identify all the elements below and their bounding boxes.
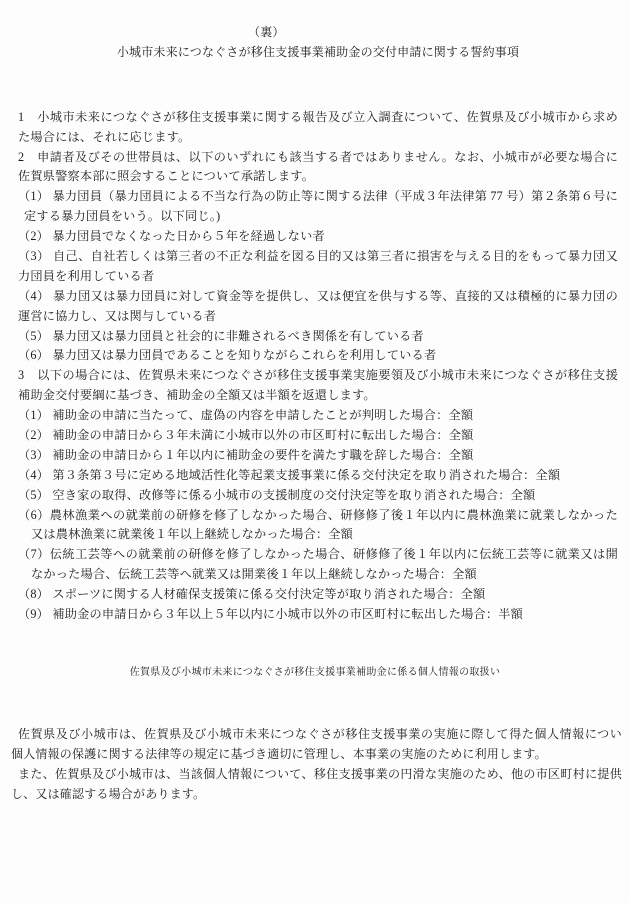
pledge-line: （2） 補助金の申請日から３年未満に小城市以外の市区町村に転出した場合：全額: [18, 426, 618, 446]
pledge-line: 3 以下の場合には、佐賀県未来につなぐさが移住支援事業実施要領及び小城市未来につ…: [18, 366, 618, 386]
pledge-section: 1 小城市未来につなぐさが移住支援事業に関する報告及び立入調査について、佐賀県及…: [0, 108, 630, 625]
pledge-line: （9） 補助金の申請日から３年以上５年以内に小城市以外の市区町村に転出した場合：…: [18, 605, 618, 625]
pledge-line: 運営に協力し、又は関与している者: [18, 307, 618, 327]
pledge-line: （3） 補助金の申請日から１年以内に補助金の要件を満たす職を辞した場合：全額: [18, 446, 618, 466]
privacy-line: 個人情報の保護に関する法律等の規定に基づき適切に管理し、本事業の実施のために利用…: [11, 745, 622, 765]
pledge-line: 補助金交付要綱に基づき、補助金の全額又は半額を返還します。: [18, 386, 618, 406]
document-page: （裏） 小城市未来につなぐさが移住支援事業補助金の交付申請に関する誓約事項 1 …: [0, 0, 630, 903]
pledge-line: （6） 暴力団又は暴力団員であることを知りながらこれらを利用している者: [18, 346, 618, 366]
pledge-line: 力団員を利用している者: [18, 267, 618, 287]
document-title: 小城市未来につなぐさが移住支援事業補助金の交付申請に関する誓約事項: [18, 43, 618, 63]
privacy-line: し、又は確認する場合があります。: [11, 785, 622, 805]
pledge-line: （4） 第３条第３号に定める地域活性化等起業支援事業に係る交付決定を取り消された…: [18, 466, 618, 486]
privacy-line: また、佐賀県及び小城市は、当該個人情報について、移住支援事業の円滑な実施のため、…: [11, 765, 622, 785]
pledge-line: 定する暴力団員をいう。以下同じ。): [18, 207, 618, 227]
pledge-line: （1） 暴力団員（暴力団員による不当な行為の防止等に関する法律（平成３年法律第 …: [18, 187, 618, 207]
pledge-line: （5） 空き家の取得、改修等に係る小城市の支援制度の交付決定等を取り消された場合…: [18, 486, 618, 506]
pledge-line: （8） スポーツに関する人材確保支援策に係る交付決定等が取り消された場合：全額: [18, 585, 618, 605]
pledge-line: 佐賀県警察本部に照会することについて承諾します。: [18, 167, 618, 187]
privacy-section: 佐賀県及び小城市は、佐賀県及び小城市未来につなぐさが移住支援事業の実施に際して得…: [0, 725, 630, 805]
pledge-line: （3） 自己、自社若しくは第三者の不正な利益を図る目的又は第三者に損害を与える目…: [18, 247, 618, 267]
spacer: [0, 63, 630, 108]
pledge-line: （1） 補助金の申請に当たって、虚偽の内容を申請したことが判明した場合：全額: [18, 406, 618, 426]
privacy-line: 佐賀県及び小城市は、佐賀県及び小城市未来につなぐさが移住支援事業の実施に際して得…: [11, 725, 622, 745]
pledge-line: （4） 暴力団又は暴力団員に対して資金等を提供し、又は便宜を供与する等、直接的又…: [18, 287, 618, 307]
pledge-line: （2） 暴力団員でなくなった日から５年を経過しない者: [18, 227, 618, 247]
pledge-line: （5） 暴力団又は暴力団員と社会的に非難されるべき関係を有している者: [18, 327, 618, 347]
document-header: （裏） 小城市未来につなぐさが移住支援事業補助金の交付申請に関する誓約事項: [0, 0, 630, 63]
spacer: [0, 683, 630, 725]
pledge-line: （7）伝統工芸等への就業前の研修を修了しなかった場合、研修修了後１年以内に伝統工…: [18, 545, 618, 565]
pledge-line: 又は農林漁業に就業後１年以上継続しなかった場合：全額: [18, 525, 618, 545]
pledge-line: た場合には、それに応じます。: [18, 128, 618, 148]
pledge-line: 2 申請者及びその世帯員は、以下のいずれにも該当する者ではありません。なお、小城…: [18, 148, 618, 168]
page-back-label: （裏）: [18, 23, 618, 43]
spacer: [0, 625, 630, 663]
pledge-line: （6）農林漁業への就業前の研修を修了しなかった場合、研修修了後１年以内に農林漁業…: [18, 506, 618, 526]
pledge-line: なかった場合、伝統工芸等へ就業又は開業後１年以上継続しなかった場合：全額: [18, 565, 618, 585]
pledge-line: 1 小城市未来につなぐさが移住支援事業に関する報告及び立入調査について、佐賀県及…: [18, 108, 618, 128]
privacy-section-heading: 佐賀県及び小城市未来につなぐさが移住支援事業補助金に係る個人情報の取扱い: [0, 663, 630, 683]
